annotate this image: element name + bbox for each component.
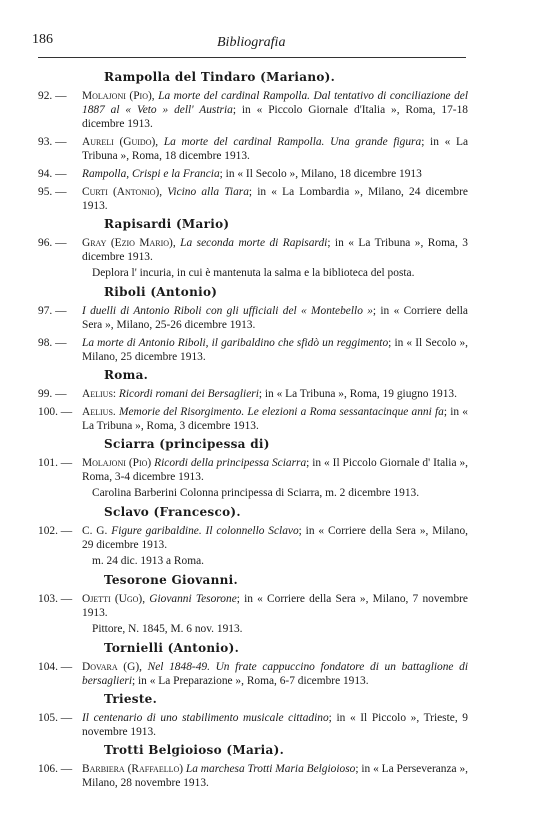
running-title: Bibliografia xyxy=(217,35,285,51)
entry-author: Aelius. xyxy=(82,406,116,418)
bibliography-entry: 101. —Molajoni (Pio) Ricordi della princ… xyxy=(38,456,468,484)
entry-author: Curti (Antonio), xyxy=(82,186,162,198)
entry-author: Molajoni (Pio) xyxy=(82,457,151,469)
section-heading: Sclavo (Francesco). xyxy=(104,505,468,519)
entry-title: Il centenario di uno stabilimento musica… xyxy=(82,712,329,724)
entry-number: 102. — xyxy=(38,524,78,538)
bibliography-entry: 106. —Barbiera (Raffaello) La marchesa T… xyxy=(38,762,468,790)
entry-number: 95. — xyxy=(38,185,78,199)
bibliography-entry: 92. —Molajoni (Pio), La morte del cardin… xyxy=(38,89,468,131)
entry-author: C. G. xyxy=(82,525,107,537)
section-heading: Rampolla del Tindaro (Mariano). xyxy=(104,70,468,84)
entry-number: 93. — xyxy=(38,135,78,149)
entry-source: ; in « La Preparazione », Roma, 6-7 dice… xyxy=(132,675,369,687)
entry-source: ; in « Il Secolo », Milano, 18 dicembre … xyxy=(220,168,422,180)
entry-note: Deplora l' incuria, in cui è mantenuta l… xyxy=(38,266,468,280)
entry-source: ; in « La Tribuna », Roma, 19 giugno 191… xyxy=(259,388,457,400)
entry-number: 103. — xyxy=(38,592,78,606)
entry-author: Aelius: xyxy=(82,388,116,400)
entry-author: Dovara (G), xyxy=(82,661,142,673)
section-heading: Riboli (Antonio) xyxy=(104,285,468,299)
bibliography-entry: 97. — I duelli di Antonio Riboli con gli… xyxy=(38,304,468,332)
bibliography-content: Rampolla del Tindaro (Mariano).92. —Mola… xyxy=(38,70,468,794)
section-heading: Rapisardi (Mario) xyxy=(104,217,468,231)
section-heading: Sciarra (principessa di) xyxy=(104,437,468,451)
header-rule xyxy=(38,57,466,58)
entry-number: 100. — xyxy=(38,405,78,419)
entry-title: Giovanni Tesorone xyxy=(149,593,237,605)
entry-number: 92. — xyxy=(38,89,78,103)
entry-number: 96. — xyxy=(38,236,78,250)
bibliography-entry: 93. —Aureli (Guido), La morte del cardin… xyxy=(38,135,468,163)
entry-title: La morte del cardinal Rampolla. Una gran… xyxy=(164,136,421,148)
entry-title: I duelli di Antonio Riboli con gli uffic… xyxy=(82,305,373,317)
bibliography-entry: 95. —Curti (Antonio), Vicino alla Tiara;… xyxy=(38,185,468,213)
entry-author: Ojetti (Ugo), xyxy=(82,593,145,605)
entry-number: 104. — xyxy=(38,660,78,674)
bibliography-entry: 96. —Gray (Ezio Mario), La seconda morte… xyxy=(38,236,468,264)
page-number: 186 xyxy=(32,32,53,48)
entry-author: Aureli (Guido), xyxy=(82,136,158,148)
entry-title: Figure garibaldine. Il colonnello Sclavo xyxy=(111,525,298,537)
section-heading: Trotti Belgioioso (Maria). xyxy=(104,743,468,757)
entry-title: La morte di Antonio Riboli, il garibaldi… xyxy=(82,337,388,349)
entry-number: 101. — xyxy=(38,456,78,470)
bibliography-entry: 100. —Aelius. Memorie del Risorgimento. … xyxy=(38,405,468,433)
bibliography-entry: 102. —C. G. Figure garibaldine. Il colon… xyxy=(38,524,468,552)
bibliography-entry: 104. —Dovara (G), Nel 1848-49. Un frate … xyxy=(38,660,468,688)
entry-author: Molajoni (Pio), xyxy=(82,90,155,102)
entry-title: Ricordi della principessa Sciarra xyxy=(154,457,306,469)
book-page: 186 Bibliografia Rampolla del Tindaro (M… xyxy=(0,0,550,822)
entry-title: Memorie del Risorgimento. Le elezioni a … xyxy=(119,406,444,418)
running-head: 186 Bibliografia xyxy=(32,32,465,52)
entry-title: La marchesa Trotti Maria Belgioioso xyxy=(186,763,355,775)
bibliography-entry: 94. — Rampolla, Crispi e la Francia; in … xyxy=(38,167,468,181)
entry-number: 98. — xyxy=(38,336,78,350)
entry-note: m. 24 dic. 1913 a Roma. xyxy=(38,554,468,568)
entry-title: Vicino alla Tiara xyxy=(167,186,249,198)
entry-number: 106. — xyxy=(38,762,78,776)
entry-author: Gray (Ezio Mario), xyxy=(82,237,176,249)
bibliography-entry: 103. —Ojetti (Ugo), Giovanni Tesorone; i… xyxy=(38,592,468,620)
entry-title: La seconda morte di Rapisardi xyxy=(180,237,327,249)
entry-number: 97. — xyxy=(38,304,78,318)
entry-number: 99. — xyxy=(38,387,78,401)
section-heading: Tesorone Giovanni. xyxy=(104,573,468,587)
entry-author: Barbiera (Raffaello) xyxy=(82,763,183,775)
entry-note: Carolina Barberini Colonna principessa d… xyxy=(38,486,468,500)
entry-title: Rampolla, Crispi e la Francia xyxy=(82,168,220,180)
section-heading: Roma. xyxy=(104,368,468,382)
bibliography-entry: 99. —Aelius: Ricordi romani dei Bersagli… xyxy=(38,387,468,401)
entry-title: Ricordi romani dei Bersaglieri xyxy=(119,388,259,400)
bibliography-entry: 105. — Il centenario di uno stabilimento… xyxy=(38,711,468,739)
entry-note: Pittore, N. 1845, M. 6 nov. 1913. xyxy=(38,622,468,636)
entry-number: 105. — xyxy=(38,711,78,725)
section-heading: Trieste. xyxy=(104,692,468,706)
entry-number: 94. — xyxy=(38,167,78,181)
section-heading: Tornielli (Antonio). xyxy=(104,641,468,655)
bibliography-entry: 98. — La morte di Antonio Riboli, il gar… xyxy=(38,336,468,364)
